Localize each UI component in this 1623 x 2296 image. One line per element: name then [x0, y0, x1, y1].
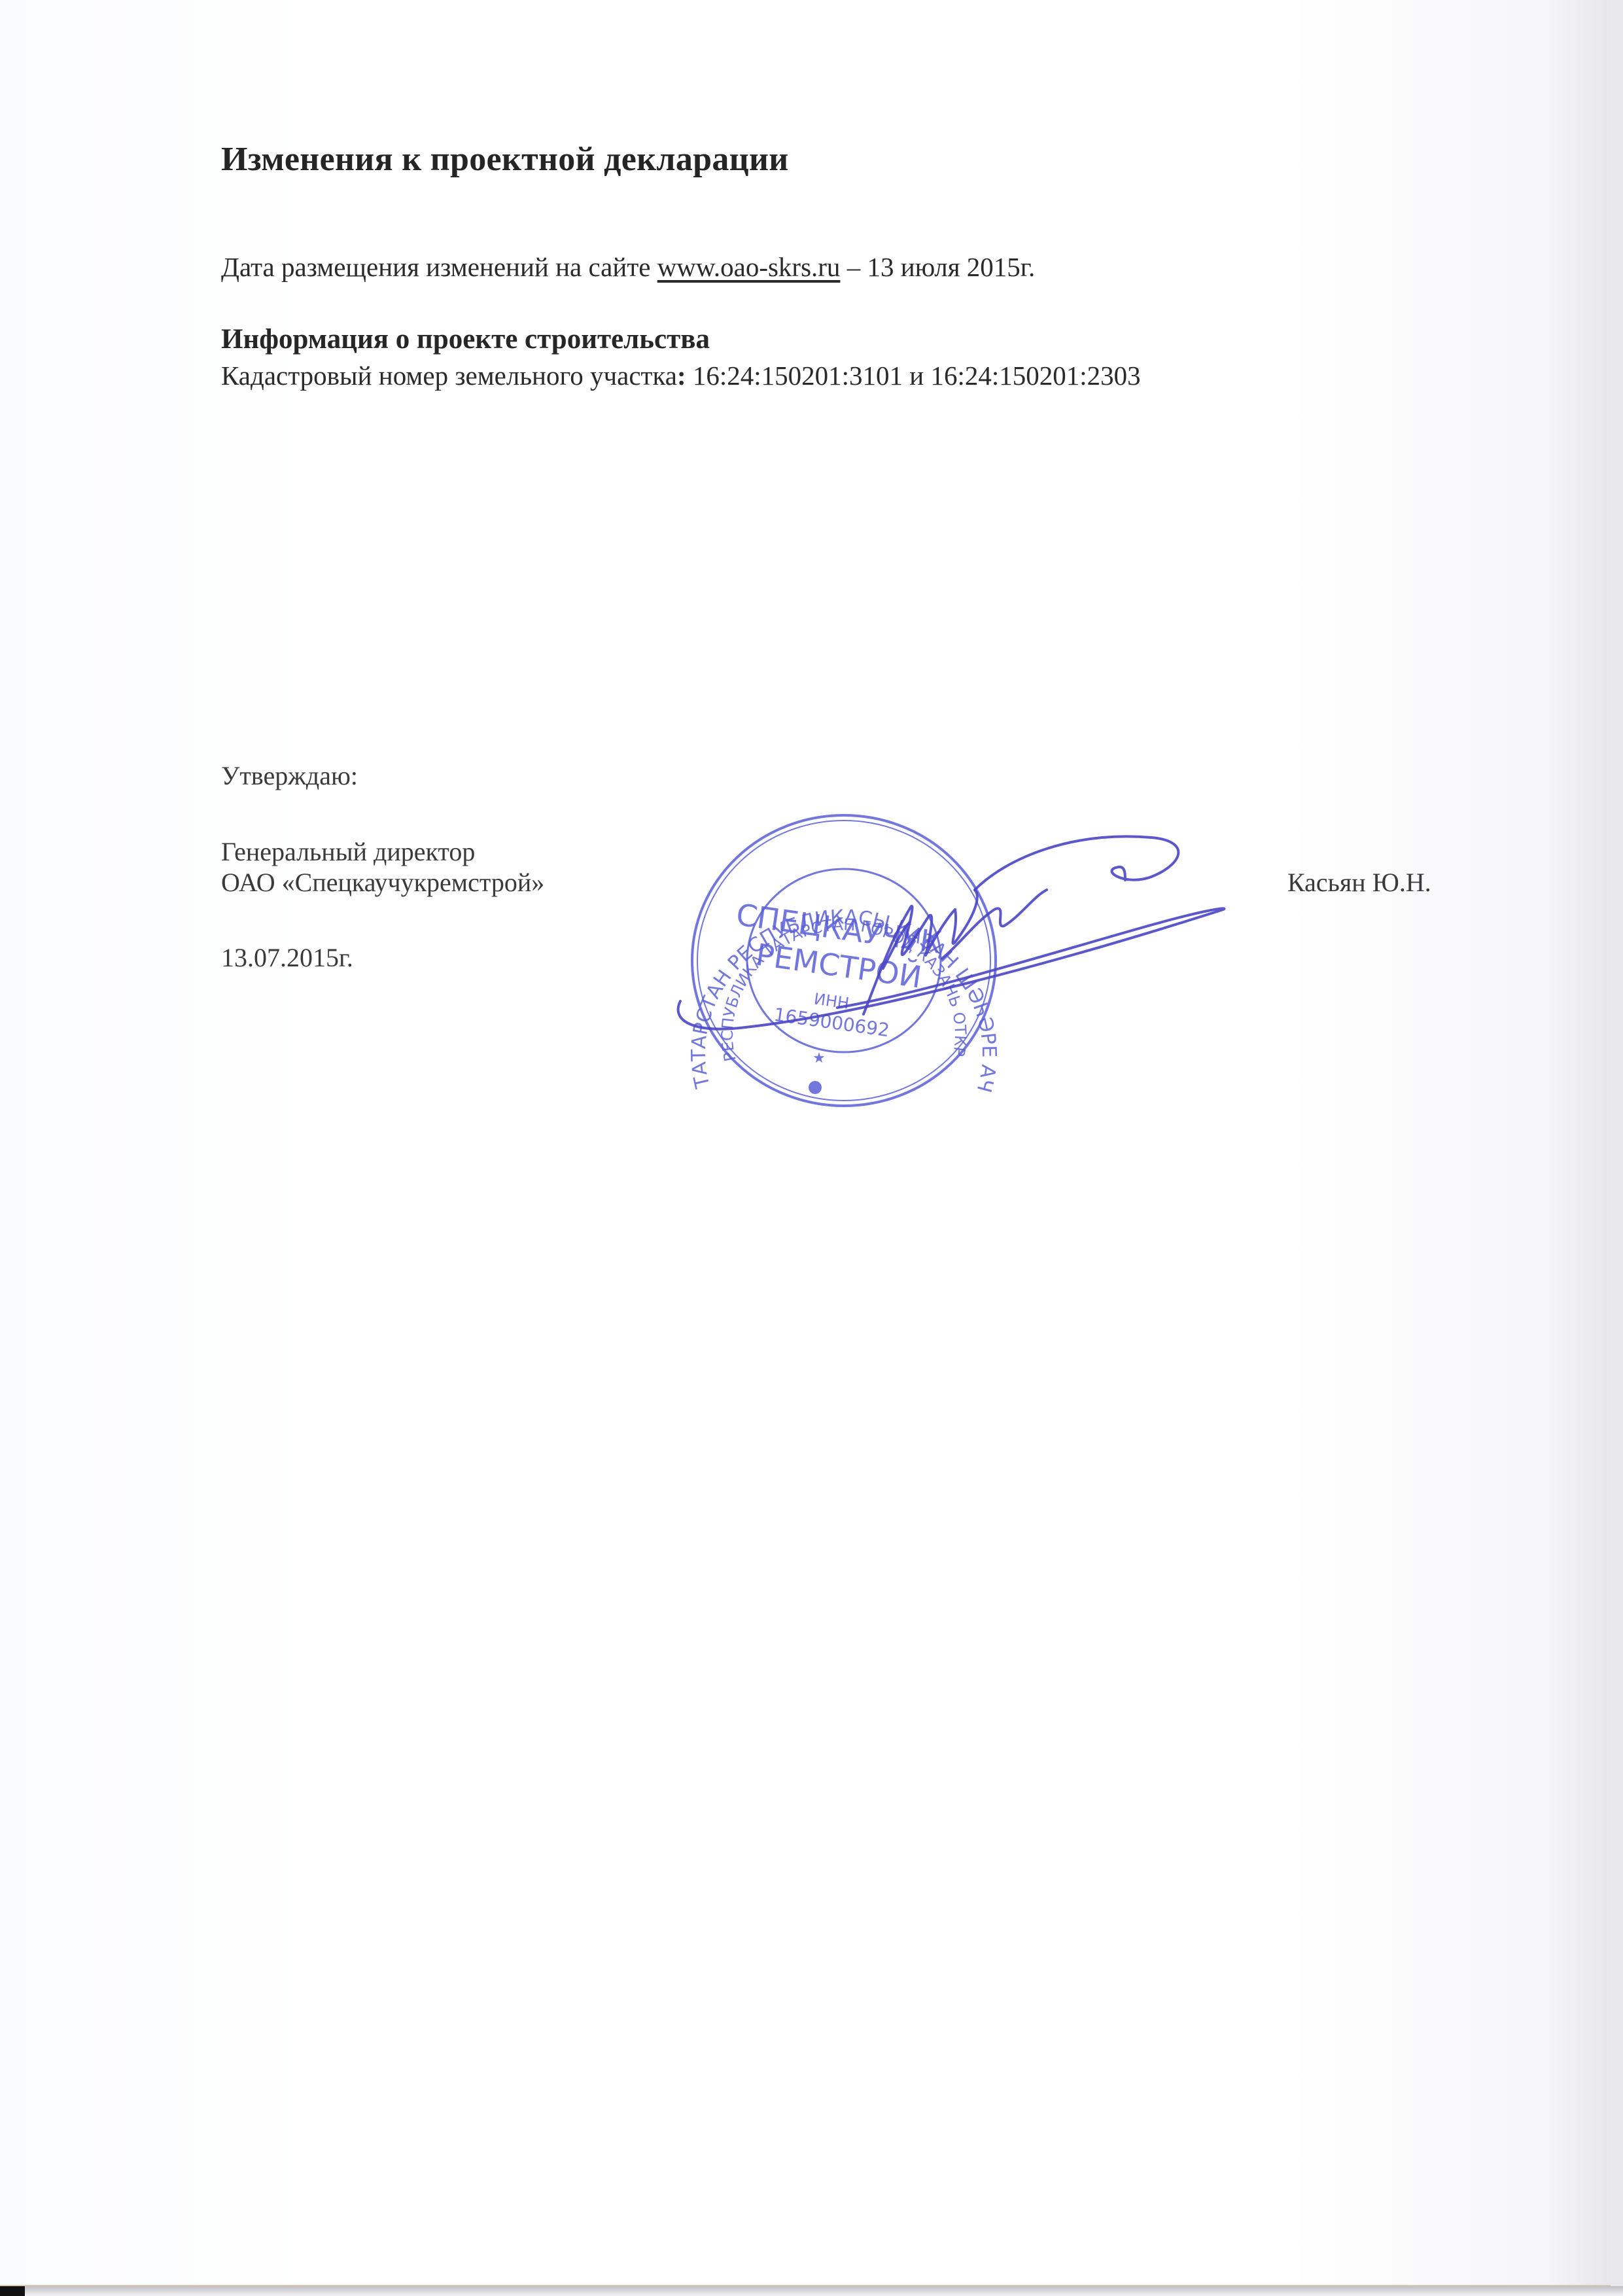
stamp-dot-icon — [809, 1081, 822, 1094]
document-title: Изменения к проектной декларации — [221, 140, 788, 179]
publication-date: – 13 июля 2015г. — [840, 252, 1035, 282]
company-name: ОАО «Спецкаучукремстрой» — [221, 867, 544, 898]
approval-date: 13.07.2015г. — [221, 942, 353, 973]
cadastral-colon: : — [677, 361, 686, 391]
signatory-name: Касьян Ю.Н. — [1287, 867, 1431, 898]
handwritten-signature — [667, 818, 1243, 1053]
scanner-shadow — [0, 2286, 1623, 2296]
publication-line: Дата размещения изменений на сайте www.o… — [221, 251, 1035, 283]
signatory-position: Генеральный директор — [221, 836, 475, 867]
project-info-heading: Информация о проекте строительства — [221, 323, 710, 355]
publication-prefix: Дата размещения изменений на сайте — [221, 252, 657, 282]
cadastral-line: Кадастровый номер земельного участка: 16… — [221, 360, 1141, 391]
cadastral-label: Кадастровый номер земельного участка — [221, 361, 677, 391]
approval-label: Утверждаю: — [221, 760, 358, 791]
scanner-corner — [0, 2286, 25, 2296]
website-link[interactable]: www.oao-skrs.ru — [657, 252, 841, 282]
cadastral-numbers: 16:24:150201:3101 и 16:24:150201:2303 — [686, 361, 1141, 391]
